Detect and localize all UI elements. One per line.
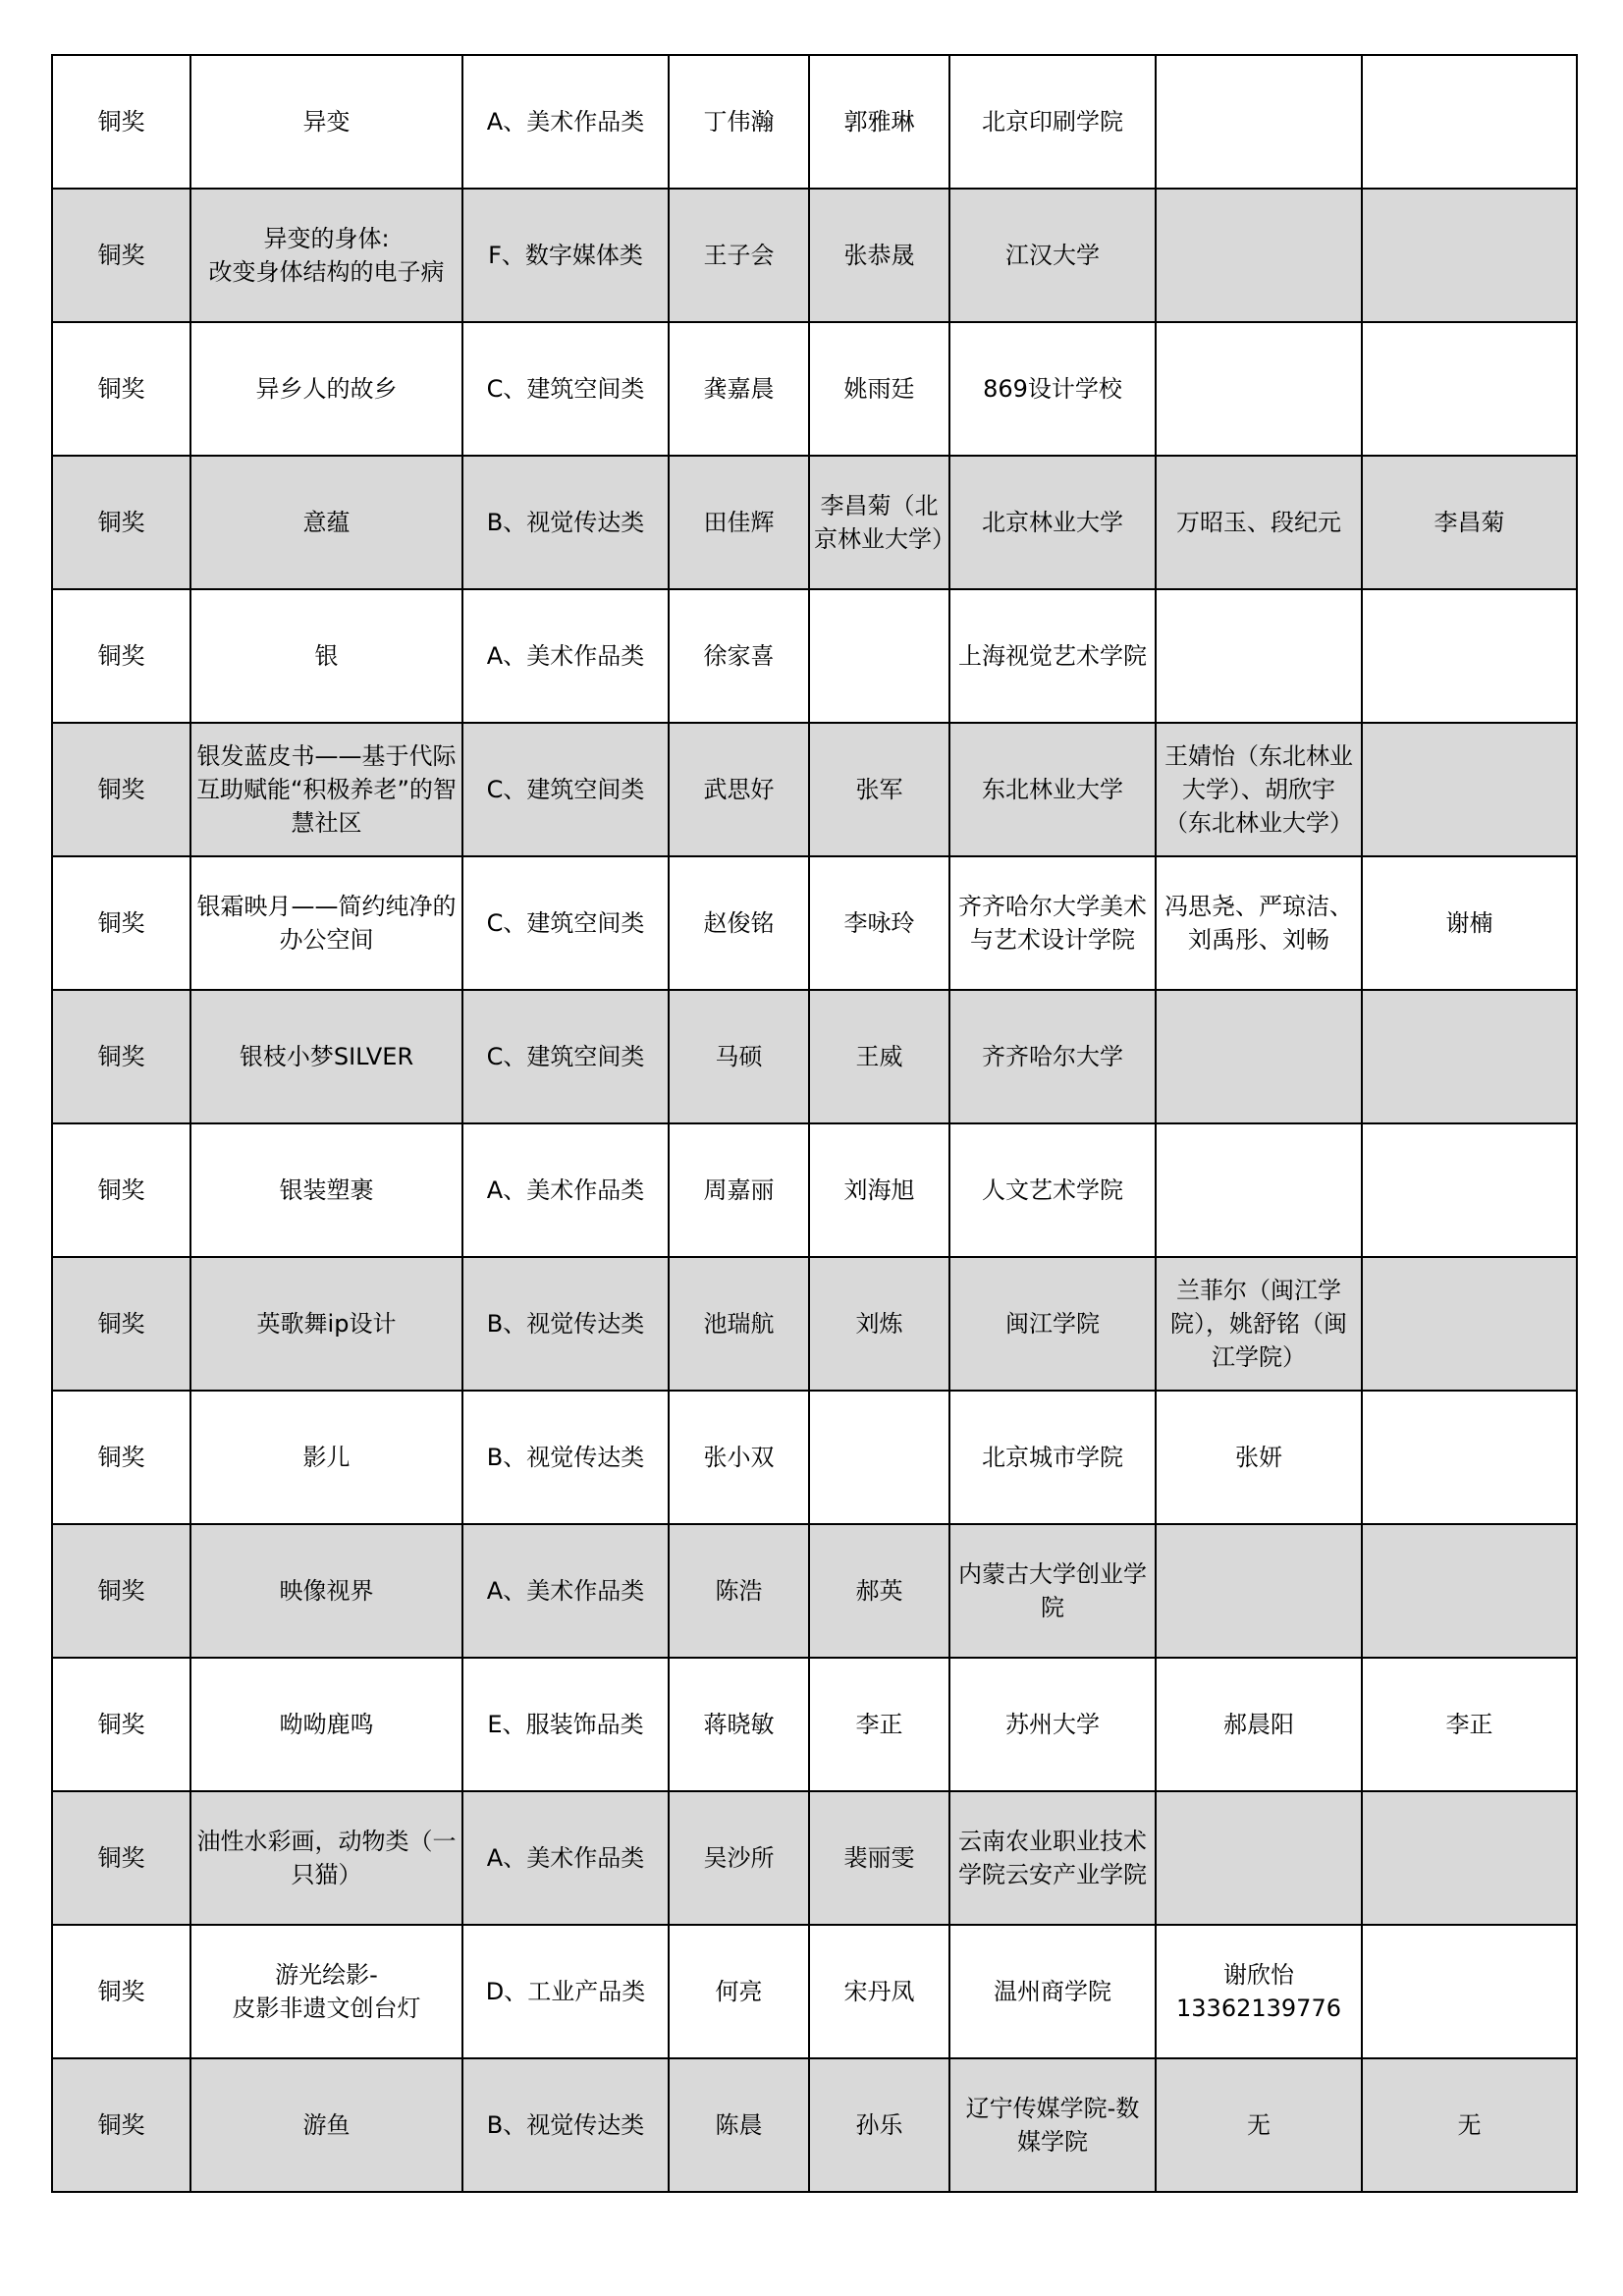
- advisor-text: 裴丽雯: [844, 1844, 915, 1872]
- category-text: C、建筑空间类: [487, 776, 645, 803]
- school-text: 869设计学校: [983, 375, 1122, 403]
- table-row: 铜奖英歌舞ip设计B、视觉传达类池瑞航刘炼闽江学院兰菲尔（闽江学院），姚舒铭（闽…: [52, 1257, 1577, 1391]
- school-cell: 上海视觉艺术学院: [949, 589, 1156, 723]
- work-title-text: 银霜映月——简约纯净的办公空间: [197, 893, 457, 954]
- school-text: 苏州大学: [1005, 1711, 1100, 1738]
- award-text: 铜奖: [98, 1577, 145, 1605]
- category-text: B、视觉传达类: [487, 2111, 644, 2139]
- author-text: 吴沙所: [704, 1844, 775, 1872]
- advisor-cell: 李正: [809, 1658, 949, 1791]
- team-members-cell: [1156, 1123, 1362, 1257]
- author-text: 马硕: [716, 1043, 763, 1070]
- award-text: 铜奖: [98, 1310, 145, 1338]
- work-title-text: 油性水彩画，动物类（一只猫）: [197, 1828, 457, 1888]
- category-cell: A、美术作品类: [462, 1123, 669, 1257]
- award-cell: 铜奖: [52, 189, 190, 322]
- award-text: 铜奖: [98, 1043, 145, 1070]
- extra-cell: 李昌菊: [1362, 456, 1577, 589]
- author-cell: 何亮: [669, 1925, 809, 2058]
- work-title-text: 映像视界: [280, 1577, 374, 1605]
- team-members-cell: 王婧怡（东北林业大学）、胡欣宇（东北林业大学）: [1156, 723, 1362, 856]
- table-row: 铜奖银A、美术作品类徐家喜上海视觉艺术学院: [52, 589, 1577, 723]
- advisor-text: 郭雅琳: [844, 108, 915, 136]
- author-text: 蒋晓敏: [704, 1711, 775, 1738]
- team-members-cell: 兰菲尔（闽江学院），姚舒铭（闽江学院）: [1156, 1257, 1362, 1391]
- author-cell: 龚嘉晨: [669, 322, 809, 456]
- team-members-text: 万昭玉、段纪元: [1176, 509, 1341, 536]
- advisor-cell: [809, 589, 949, 723]
- author-cell: 吴沙所: [669, 1791, 809, 1925]
- team-members-cell: [1156, 322, 1362, 456]
- work-title-text: 异乡人的故乡: [256, 375, 398, 403]
- advisor-text: 宋丹凤: [844, 1978, 915, 2005]
- extra-cell: 李正: [1362, 1658, 1577, 1791]
- school-cell: 苏州大学: [949, 1658, 1156, 1791]
- author-cell: 丁伟瀚: [669, 55, 809, 189]
- work-title-cell: 银发蓝皮书——基于代际互助赋能“积极养老”的智慧社区: [190, 723, 462, 856]
- advisor-text: 王威: [856, 1043, 903, 1070]
- work-title-text: 银发蓝皮书——基于代际互助赋能“积极养老”的智慧社区: [196, 742, 457, 837]
- work-title-text: 异变: [303, 108, 351, 136]
- table-row: 铜奖游光绘影- 皮影非遗文创台灯D、工业产品类何亮宋丹凤温州商学院谢欣怡 133…: [52, 1925, 1577, 2058]
- author-cell: 武思好: [669, 723, 809, 856]
- advisor-text: 郝英: [856, 1577, 903, 1605]
- author-cell: 田佳辉: [669, 456, 809, 589]
- team-members-cell: [1156, 189, 1362, 322]
- category-text: A、美术作品类: [487, 642, 644, 670]
- author-text: 武思好: [704, 776, 775, 803]
- advisor-cell: 郝英: [809, 1524, 949, 1658]
- work-title-cell: 异变的身体: 改变身体结构的电子病: [190, 189, 462, 322]
- author-cell: 张小双: [669, 1391, 809, 1524]
- extra-cell: [1362, 55, 1577, 189]
- award-text: 铜奖: [98, 1978, 145, 2005]
- award-text: 铜奖: [98, 509, 145, 536]
- school-text: 辽宁传媒学院-数媒学院: [966, 2095, 1140, 2156]
- school-cell: 齐齐哈尔大学: [949, 990, 1156, 1123]
- category-text: A、美术作品类: [487, 1577, 644, 1605]
- award-cell: 铜奖: [52, 1391, 190, 1524]
- extra-cell: [1362, 990, 1577, 1123]
- category-cell: B、视觉传达类: [462, 456, 669, 589]
- category-text: F、数字媒体类: [488, 242, 643, 269]
- award-text: 铜奖: [98, 1444, 145, 1471]
- work-title-text: 呦呦鹿鸣: [280, 1711, 374, 1738]
- work-title-cell: 银: [190, 589, 462, 723]
- author-text: 丁伟瀚: [704, 108, 775, 136]
- work-title-cell: 意蕴: [190, 456, 462, 589]
- award-cell: 铜奖: [52, 1791, 190, 1925]
- work-title-text: 银: [315, 642, 339, 670]
- advisor-text: 刘海旭: [844, 1176, 915, 1204]
- team-members-cell: [1156, 1524, 1362, 1658]
- table-row: 铜奖影儿B、视觉传达类张小双北京城市学院张妍: [52, 1391, 1577, 1524]
- team-members-cell: 张妍: [1156, 1391, 1362, 1524]
- extra-cell: 谢楠: [1362, 856, 1577, 990]
- work-title-text: 影儿: [303, 1444, 351, 1471]
- category-cell: D、工业产品类: [462, 1925, 669, 2058]
- award-cell: 铜奖: [52, 55, 190, 189]
- author-text: 何亮: [716, 1978, 763, 2005]
- author-text: 陈晨: [716, 2111, 763, 2139]
- category-text: E、服装饰品类: [487, 1711, 643, 1738]
- table-row: 铜奖异乡人的故乡C、建筑空间类龚嘉晨姚雨廷869设计学校: [52, 322, 1577, 456]
- author-cell: 蒋晓敏: [669, 1658, 809, 1791]
- table-body: 铜奖异变A、美术作品类丁伟瀚郭雅琳北京印刷学院铜奖异变的身体: 改变身体结构的电…: [52, 55, 1577, 2192]
- category-cell: C、建筑空间类: [462, 990, 669, 1123]
- team-members-text: 兰菲尔（闽江学院），姚舒铭（闽江学院）: [1170, 1277, 1347, 1371]
- table-row: 铜奖游鱼B、视觉传达类陈晨孙乐辽宁传媒学院-数媒学院无无: [52, 2058, 1577, 2192]
- school-text: 江汉大学: [1005, 242, 1100, 269]
- school-text: 北京印刷学院: [982, 108, 1123, 136]
- award-cell: 铜奖: [52, 1925, 190, 2058]
- category-text: A、美术作品类: [487, 108, 644, 136]
- table-row: 铜奖油性水彩画，动物类（一只猫）A、美术作品类吴沙所裴丽雯云南农业职业技术学院云…: [52, 1791, 1577, 1925]
- work-title-cell: 银枝小梦SILVER: [190, 990, 462, 1123]
- award-cell: 铜奖: [52, 1257, 190, 1391]
- award-text: 铜奖: [98, 776, 145, 803]
- school-cell: 温州商学院: [949, 1925, 1156, 2058]
- author-cell: 王子会: [669, 189, 809, 322]
- award-cell: 铜奖: [52, 456, 190, 589]
- work-title-text: 英歌舞ip设计: [257, 1310, 397, 1338]
- category-cell: B、视觉传达类: [462, 1257, 669, 1391]
- team-members-cell: [1156, 1791, 1362, 1925]
- category-cell: A、美术作品类: [462, 1791, 669, 1925]
- school-cell: 内蒙古大学创业学院: [949, 1524, 1156, 1658]
- table-row: 铜奖映像视界A、美术作品类陈浩郝英内蒙古大学创业学院: [52, 1524, 1577, 1658]
- team-members-cell: [1156, 589, 1362, 723]
- award-text: 铜奖: [98, 2111, 145, 2139]
- table-row: 铜奖银枝小梦SILVERC、建筑空间类马硕王威齐齐哈尔大学: [52, 990, 1577, 1123]
- work-title-cell: 映像视界: [190, 1524, 462, 1658]
- work-title-text: 银枝小梦SILVER: [240, 1043, 413, 1070]
- category-cell: C、建筑空间类: [462, 322, 669, 456]
- category-cell: E、服装饰品类: [462, 1658, 669, 1791]
- extra-text: 李正: [1446, 1711, 1493, 1738]
- advisor-text: 孙乐: [856, 2111, 903, 2139]
- award-text: 铜奖: [98, 375, 145, 403]
- team-members-cell: [1156, 990, 1362, 1123]
- advisor-text: 刘炼: [856, 1310, 903, 1338]
- advisor-text: 李咏玲: [844, 909, 915, 937]
- category-cell: A、美术作品类: [462, 589, 669, 723]
- advisor-cell: 刘海旭: [809, 1123, 949, 1257]
- table-row: 铜奖意蕴B、视觉传达类田佳辉李昌菊（北京林业大学）北京林业大学万昭玉、段纪元李昌…: [52, 456, 1577, 589]
- advisor-cell: 李昌菊（北京林业大学）: [809, 456, 949, 589]
- award-text: 铜奖: [98, 909, 145, 937]
- work-title-cell: 油性水彩画，动物类（一只猫）: [190, 1791, 462, 1925]
- extra-cell: [1362, 1791, 1577, 1925]
- table-row: 铜奖异变A、美术作品类丁伟瀚郭雅琳北京印刷学院: [52, 55, 1577, 189]
- category-cell: B、视觉传达类: [462, 1391, 669, 1524]
- school-text: 北京城市学院: [982, 1444, 1123, 1471]
- author-cell: 徐家喜: [669, 589, 809, 723]
- advisor-text: 李正: [856, 1711, 903, 1738]
- awards-table: 铜奖异变A、美术作品类丁伟瀚郭雅琳北京印刷学院铜奖异变的身体: 改变身体结构的电…: [51, 54, 1578, 2193]
- advisor-text: 李昌菊（北京林业大学）: [814, 492, 955, 553]
- work-title-cell: 英歌舞ip设计: [190, 1257, 462, 1391]
- extra-cell: [1362, 189, 1577, 322]
- category-text: A、美术作品类: [487, 1844, 644, 1872]
- advisor-cell: [809, 1391, 949, 1524]
- award-cell: 铜奖: [52, 723, 190, 856]
- school-text: 齐齐哈尔大学美术与艺术设计学院: [958, 893, 1147, 954]
- author-cell: 赵俊铭: [669, 856, 809, 990]
- award-text: 铜奖: [98, 1711, 145, 1738]
- team-members-text: 无: [1247, 2111, 1271, 2139]
- school-text: 温州商学院: [994, 1978, 1111, 2005]
- work-title-cell: 影儿: [190, 1391, 462, 1524]
- extra-text: 无: [1458, 2111, 1482, 2139]
- advisor-cell: 张恭晟: [809, 189, 949, 322]
- advisor-cell: 李咏玲: [809, 856, 949, 990]
- award-text: 铜奖: [98, 1176, 145, 1204]
- extra-cell: [1362, 1257, 1577, 1391]
- extra-text: 谢楠: [1446, 909, 1493, 937]
- category-text: A、美术作品类: [487, 1176, 644, 1204]
- extra-cell: [1362, 1925, 1577, 2058]
- school-cell: 云南农业职业技术学院云安产业学院: [949, 1791, 1156, 1925]
- team-members-cell: 郝晨阳: [1156, 1658, 1362, 1791]
- author-text: 龚嘉晨: [704, 375, 775, 403]
- school-cell: 齐齐哈尔大学美术与艺术设计学院: [949, 856, 1156, 990]
- author-text: 王子会: [704, 242, 775, 269]
- advisor-cell: 裴丽雯: [809, 1791, 949, 1925]
- extra-cell: [1362, 1391, 1577, 1524]
- author-cell: 池瑞航: [669, 1257, 809, 1391]
- work-title-cell: 呦呦鹿鸣: [190, 1658, 462, 1791]
- award-text: 铜奖: [98, 642, 145, 670]
- category-cell: A、美术作品类: [462, 1524, 669, 1658]
- award-cell: 铜奖: [52, 1123, 190, 1257]
- award-cell: 铜奖: [52, 589, 190, 723]
- advisor-text: 姚雨廷: [844, 375, 915, 403]
- school-cell: 闽江学院: [949, 1257, 1156, 1391]
- team-members-cell: [1156, 55, 1362, 189]
- school-text: 齐齐哈尔大学: [982, 1043, 1123, 1070]
- work-title-text: 游光绘影- 皮影非遗文创台灯: [233, 1961, 421, 2022]
- extra-cell: 无: [1362, 2058, 1577, 2192]
- team-members-text: 王婧怡（东北林业大学）、胡欣宇（东北林业大学）: [1164, 742, 1353, 837]
- team-members-text: 郝晨阳: [1223, 1711, 1294, 1738]
- school-text: 闽江学院: [1005, 1310, 1100, 1338]
- school-text: 上海视觉艺术学院: [958, 642, 1147, 670]
- team-members-text: 冯思尧、严琼洁、刘禹彤、刘畅: [1164, 893, 1353, 954]
- extra-cell: [1362, 322, 1577, 456]
- award-text: 铜奖: [98, 1844, 145, 1872]
- work-title-cell: 游光绘影- 皮影非遗文创台灯: [190, 1925, 462, 2058]
- work-title-cell: 异变: [190, 55, 462, 189]
- award-cell: 铜奖: [52, 1524, 190, 1658]
- category-cell: A、美术作品类: [462, 55, 669, 189]
- award-text: 铜奖: [98, 242, 145, 269]
- advisor-text: 张恭晟: [844, 242, 915, 269]
- author-text: 陈浩: [716, 1577, 763, 1605]
- school-cell: 江汉大学: [949, 189, 1156, 322]
- school-cell: 北京城市学院: [949, 1391, 1156, 1524]
- school-cell: 人文艺术学院: [949, 1123, 1156, 1257]
- author-cell: 周嘉丽: [669, 1123, 809, 1257]
- advisor-cell: 宋丹凤: [809, 1925, 949, 2058]
- work-title-text: 意蕴: [303, 509, 351, 536]
- award-cell: 铜奖: [52, 990, 190, 1123]
- award-cell: 铜奖: [52, 856, 190, 990]
- work-title-text: 异变的身体: 改变身体结构的电子病: [209, 225, 445, 286]
- table-row: 铜奖银发蓝皮书——基于代际互助赋能“积极养老”的智慧社区C、建筑空间类武思好张军…: [52, 723, 1577, 856]
- extra-cell: [1362, 723, 1577, 856]
- team-members-cell: 万昭玉、段纪元: [1156, 456, 1362, 589]
- author-text: 张小双: [704, 1444, 775, 1471]
- award-cell: 铜奖: [52, 322, 190, 456]
- extra-cell: [1362, 1123, 1577, 1257]
- work-title-cell: 游鱼: [190, 2058, 462, 2192]
- team-members-cell: 谢欣怡 13362139776: [1156, 1925, 1362, 2058]
- advisor-cell: 刘炼: [809, 1257, 949, 1391]
- extra-cell: [1362, 1524, 1577, 1658]
- author-text: 池瑞航: [704, 1310, 775, 1338]
- school-text: 云南农业职业技术学院云安产业学院: [958, 1828, 1147, 1888]
- table-row: 铜奖呦呦鹿鸣E、服装饰品类蒋晓敏李正苏州大学郝晨阳李正: [52, 1658, 1577, 1791]
- school-cell: 北京印刷学院: [949, 55, 1156, 189]
- school-text: 北京林业大学: [982, 509, 1123, 536]
- work-title-text: 游鱼: [303, 2111, 351, 2139]
- category-text: C、建筑空间类: [487, 375, 645, 403]
- category-text: B、视觉传达类: [487, 1310, 644, 1338]
- school-text: 东北林业大学: [982, 776, 1123, 803]
- author-cell: 马硕: [669, 990, 809, 1123]
- author-text: 田佳辉: [704, 509, 775, 536]
- table-row: 铜奖异变的身体: 改变身体结构的电子病F、数字媒体类王子会张恭晟江汉大学: [52, 189, 1577, 322]
- school-cell: 东北林业大学: [949, 723, 1156, 856]
- work-title-text: 银装塑裹: [280, 1176, 374, 1204]
- advisor-text: 张军: [856, 776, 903, 803]
- school-text: 人文艺术学院: [982, 1176, 1123, 1204]
- table-row: 铜奖银装塑裹A、美术作品类周嘉丽刘海旭人文艺术学院: [52, 1123, 1577, 1257]
- team-members-cell: 冯思尧、严琼洁、刘禹彤、刘畅: [1156, 856, 1362, 990]
- category-cell: F、数字媒体类: [462, 189, 669, 322]
- extra-text: 李昌菊: [1434, 509, 1505, 536]
- advisor-cell: 张军: [809, 723, 949, 856]
- advisor-cell: 姚雨廷: [809, 322, 949, 456]
- table-row: 铜奖银霜映月——简约纯净的办公空间C、建筑空间类赵俊铭李咏玲齐齐哈尔大学美术与艺…: [52, 856, 1577, 990]
- category-cell: B、视觉传达类: [462, 2058, 669, 2192]
- work-title-cell: 异乡人的故乡: [190, 322, 462, 456]
- advisor-cell: 孙乐: [809, 2058, 949, 2192]
- award-text: 铜奖: [98, 108, 145, 136]
- author-text: 赵俊铭: [704, 909, 775, 937]
- work-title-cell: 银装塑裹: [190, 1123, 462, 1257]
- category-text: D、工业产品类: [486, 1978, 645, 2005]
- team-members-text: 谢欣怡 13362139776: [1176, 1961, 1341, 2022]
- category-text: B、视觉传达类: [487, 1444, 644, 1471]
- category-text: B、视觉传达类: [487, 509, 644, 536]
- award-cell: 铜奖: [52, 2058, 190, 2192]
- category-text: C、建筑空间类: [487, 1043, 645, 1070]
- category-cell: C、建筑空间类: [462, 723, 669, 856]
- advisor-cell: 郭雅琳: [809, 55, 949, 189]
- extra-cell: [1362, 589, 1577, 723]
- school-cell: 辽宁传媒学院-数媒学院: [949, 2058, 1156, 2192]
- school-text: 内蒙古大学创业学院: [958, 1560, 1147, 1621]
- category-cell: C、建筑空间类: [462, 856, 669, 990]
- team-members-text: 张妍: [1235, 1444, 1282, 1471]
- work-title-cell: 银霜映月——简约纯净的办公空间: [190, 856, 462, 990]
- author-text: 周嘉丽: [704, 1176, 775, 1204]
- author-cell: 陈浩: [669, 1524, 809, 1658]
- author-cell: 陈晨: [669, 2058, 809, 2192]
- school-cell: 869设计学校: [949, 322, 1156, 456]
- award-cell: 铜奖: [52, 1658, 190, 1791]
- school-cell: 北京林业大学: [949, 456, 1156, 589]
- category-text: C、建筑空间类: [487, 909, 645, 937]
- author-text: 徐家喜: [704, 642, 775, 670]
- advisor-cell: 王威: [809, 990, 949, 1123]
- team-members-cell: 无: [1156, 2058, 1362, 2192]
